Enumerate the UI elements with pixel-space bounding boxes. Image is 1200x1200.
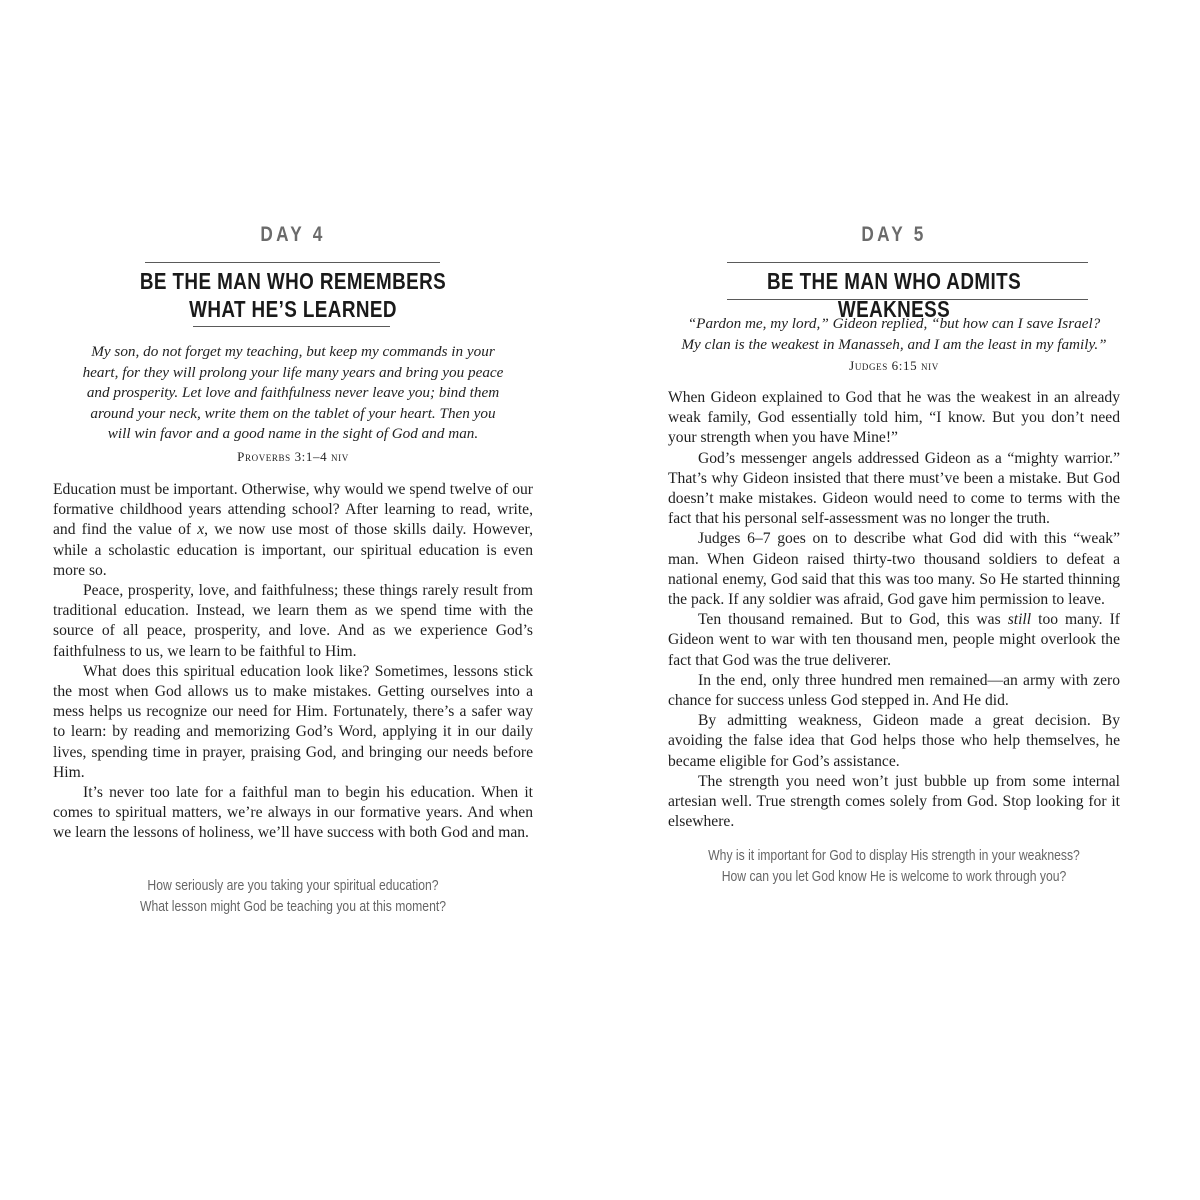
body-paragraph: It’s never too late for a faithful man t…: [53, 783, 533, 844]
scripture-verse: My son, do not forget my teaching, but k…: [53, 342, 533, 445]
day-label: DAY 4: [96, 223, 490, 247]
devotion-body: Education must be important. Otherwise, …: [53, 480, 533, 844]
reflection-questions: How seriously are you taking your spirit…: [91, 876, 494, 918]
verse-line: will win favor and a good name in the si…: [53, 424, 533, 445]
body-paragraph: By admitting weakness, Gideon made a gre…: [668, 711, 1120, 772]
question-line: How can you let God know He is welcome t…: [704, 867, 1084, 888]
body-paragraph: Education must be important. Otherwise, …: [53, 480, 533, 581]
title-bottom-rule: [727, 299, 1088, 300]
verse-line: My son, do not forget my teaching, but k…: [53, 342, 533, 363]
title-top-rule: [145, 262, 440, 263]
body-paragraph: The strength you need won’t just bubble …: [668, 772, 1120, 833]
verse-line: and prosperity. Let love and faithfulnes…: [53, 383, 533, 404]
body-paragraph: In the end, only three hundred men remai…: [668, 671, 1120, 711]
question-line: Why is it important for God to display H…: [704, 846, 1084, 867]
devotion-body: When Gideon explained to God that he was…: [668, 388, 1120, 832]
verse-reference: Proverbs 3:1–4 niv: [53, 449, 533, 465]
title-bottom-rule: [193, 326, 390, 327]
scripture-verse: “Pardon me, my lord,” Gideon replied, “b…: [668, 314, 1120, 355]
verse-line: “Pardon me, my lord,” Gideon replied, “b…: [668, 314, 1120, 335]
devotion-title: BE THE MAN WHO REMEMBERS WHAT HE’S LEARN…: [96, 267, 490, 323]
body-paragraph: Ten thousand remained. But to God, this …: [668, 610, 1120, 671]
question-line: How seriously are you taking your spirit…: [91, 876, 494, 897]
body-paragraph: When Gideon explained to God that he was…: [668, 388, 1120, 449]
verse-reference: Judges 6:15 niv: [668, 358, 1120, 374]
verse-line: around your neck, write them on the tabl…: [53, 404, 533, 425]
body-paragraph: God’s messenger angels addressed Gideon …: [668, 449, 1120, 530]
reflection-questions: Why is it important for God to display H…: [704, 846, 1084, 888]
body-paragraph: Judges 6–7 goes on to describe what God …: [668, 529, 1120, 610]
verse-line: heart, for they will prolong your life m…: [53, 363, 533, 384]
question-line: What lesson might God be teaching you at…: [91, 897, 494, 918]
day-label: DAY 5: [709, 223, 1080, 247]
body-paragraph: What does this spiritual education look …: [53, 662, 533, 783]
title-line: WHAT HE’S LEARNED: [96, 295, 490, 323]
body-paragraph: Peace, prosperity, love, and faithfulnes…: [53, 581, 533, 662]
verse-line: My clan is the weakest in Manasseh, and …: [668, 335, 1120, 356]
title-line: BE THE MAN WHO REMEMBERS: [96, 267, 490, 295]
title-top-rule: [727, 262, 1088, 263]
